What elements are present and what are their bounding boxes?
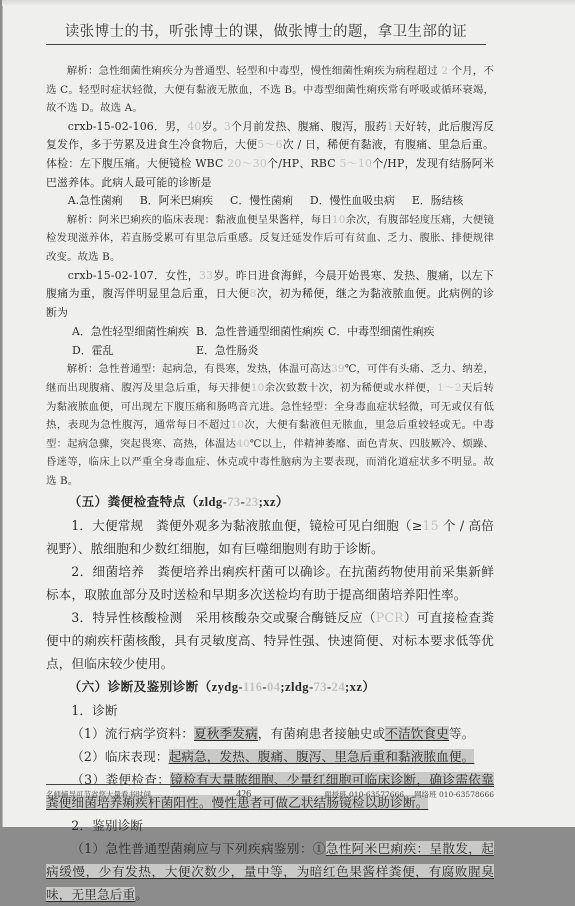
text-run: ;xz: [259, 495, 276, 509]
highlighted-text: 起病急，发热、腹痛、腹泻、里急后重和黏液脓血便。: [169, 749, 475, 764]
answer-option: A．急性轻型细菌性痢疾: [72, 322, 196, 341]
faded-number: 40: [187, 120, 201, 133]
section-5-title: （五）粪便检查特点（zldg-73-23;xz）: [46, 490, 494, 514]
answer-option: B．阿米巴痢疾: [140, 192, 213, 211]
text-run: 解析：急性普通型：起病急，有畏寒，发热，体温可高达: [67, 363, 331, 375]
answer-option: D．慢性血吸虫病: [310, 192, 395, 211]
faded-number: 1～2: [437, 382, 462, 394]
section-5-item-3: 3．特异性核酸检测 采用核酸杂交或聚合酶链反应（PCR）可直接检查粪便中的痢疾杆…: [46, 606, 494, 675]
text-run: crxb-15-02-106．男，: [68, 120, 188, 133]
text-run: crxb-15-02-107．女性，: [68, 269, 199, 282]
q107-explanation: 解析：急性普通型：起病急，有畏寒，发热，体温可高达39℃，可伴有头痛、乏力、纳差…: [46, 360, 494, 490]
answer-option: A.急性菌痢: [68, 192, 123, 211]
q106-explanation: 解析：阿米巴痢疾的临床表现：黏液血便呈果酱样，每日10余次，有腹部轻度压痛，大便…: [46, 211, 494, 267]
q107-options: A．急性轻型细菌性痢疾B．急性普通型细菌性痢疾C．中毒型细菌性痢疾D．霍乱E．急…: [46, 322, 494, 360]
text-run: （2）临床表现：: [71, 749, 168, 764]
page-footer: 名师辅导可节省您大量看书时间 426 面授班 010-63577666网络班 0…: [46, 784, 494, 800]
faded-number: 10: [251, 382, 265, 394]
page-body: 解析：急性细菌性痢疾分为普通型、轻型和中毒型，慢性细菌性痢疾为病程超过 2 个月…: [46, 62, 494, 827]
text-run: zydg-: [212, 680, 243, 694]
faded-number: 1: [387, 120, 394, 133]
faded-number: 15: [422, 518, 438, 533]
faded-number: 5～10: [340, 157, 373, 170]
text-run: 个月前发热、腹痛、腹泻，服药: [231, 120, 387, 133]
footer-slogan: 名师辅导可节省您大量看书时间: [46, 789, 151, 800]
faded-number: 116: [243, 680, 262, 694]
diagnosis-heading: 1．诊断: [46, 699, 494, 722]
highlighted-text: 夏秋季发病: [194, 726, 258, 741]
text-run: ，有菌痢患者接触史或: [258, 726, 385, 741]
text-run: 岁。: [202, 120, 224, 133]
faded-number: 3: [224, 120, 231, 133]
text-run: （1）流行病学资料：: [71, 726, 194, 741]
q106-options: A.急性菌痢B．阿米巴痢疾C．慢性菌痢D．慢性血吸虫病E．肠结核: [46, 192, 494, 211]
q105-explanation: 解析：急性细菌性痢疾分为普通型、轻型和中毒型，慢性细菌性痢疾为病程超过 2 个月…: [46, 62, 494, 118]
faded-number: 73: [314, 680, 327, 694]
faded-number: 10: [332, 214, 346, 226]
faded-number: 40: [236, 438, 250, 450]
q107-stem: crxb-15-02-107．女性，33岁。昨日进食海鲜，今晨开始畏寒、发热、腹…: [46, 267, 494, 323]
text-run: 3．特异性核酸检测 采用核酸杂交或聚合酶链反应（: [71, 610, 376, 625]
differential-heading: 2．鉴别诊断: [46, 814, 494, 827]
faded-number: 10: [231, 419, 245, 431]
faded-number: 04: [267, 680, 280, 694]
text-run: 个/HP、RBC: [267, 157, 340, 170]
document-page: 读张博士的书，听张博士的课，做张博士的题，拿卫生部的证 解析：急性细菌性痢疾分为…: [2, 0, 575, 827]
answer-option: E．急性肠炎: [196, 341, 328, 360]
section-6-title: （六）诊断及鉴别诊断（zydg-116-04;zldg-73-24;xz）: [46, 675, 494, 699]
page-header: 读张博士的书，听张博士的课，做张博士的题，拿卫生部的证: [46, 20, 486, 45]
faded-number: 73: [227, 495, 240, 509]
faded-number: 33: [199, 269, 213, 282]
faded-number: PCR: [376, 610, 404, 625]
text-run: 余次致数十次，初为稀便或水样便，: [264, 382, 437, 394]
phone-inperson: 面授班 010-63577666: [324, 790, 404, 799]
faded-number: 20～30: [227, 157, 267, 170]
q106-stem: crxb-15-02-106．男，40岁。3个月前发热、腹痛、腹泻，服药1天好转…: [46, 118, 494, 192]
answer-option: C．中毒型细菌性痢疾: [328, 322, 458, 341]
text-run: 2．细菌培养 粪便培养出痢疾杆菌可以确诊。在抗菌药物使用前采集新鲜标本，取脓血部…: [46, 564, 494, 602]
section-5-item-2: 2．细菌培养 粪便培养出痢疾杆菌可以确诊。在抗菌药物使用前采集新鲜标本，取脓血部…: [46, 560, 494, 606]
answer-option: B．急性普通型细菌性痢疾: [196, 322, 328, 341]
diagnosis-item-1: （1）流行病学资料：夏秋季发病，有菌痢患者接触史或不洁饮食史等。: [46, 722, 494, 745]
answer-option: C．慢性菌痢: [230, 192, 293, 211]
footer-contacts: 面授班 010-63577666网络班 010-63578666: [314, 789, 494, 800]
diagnosis-item-2: （2）临床表现：起病急，发热、腹痛、腹泻、里急后重和黏液脓血便。: [46, 745, 494, 768]
faded-number: 5～6: [257, 138, 282, 151]
faded-number: 39: [331, 363, 345, 375]
text-run: ;zldg-: [280, 680, 313, 694]
faded-number: 23: [245, 495, 258, 509]
phone-online: 网络班 010-63578666: [414, 790, 494, 799]
text-run: 1．大便常规 粪便外观多为黏液脓血便，镜检可见白细胞（≥: [71, 518, 422, 533]
text-run: 等。: [449, 726, 475, 741]
highlighted-text: 不洁饮食史: [385, 726, 449, 741]
text-run: 解析：阿米巴痢疾的临床表现：黏液血便呈果酱样，每日: [67, 214, 332, 226]
answer-option: D．霍乱: [72, 341, 196, 360]
section-5-item-1: 1．大便常规 粪便外观多为黏液脓血便，镜检可见白细胞（≥15 个 / 高倍视野）…: [46, 514, 494, 560]
faded-number: 8: [250, 287, 257, 300]
section-5: （五）粪便检查特点（zldg-73-23;xz） 1．大便常规 粪便外观多为黏液…: [46, 490, 494, 675]
answer-option: E．肠结核: [412, 192, 464, 211]
faded-number: 24: [332, 680, 345, 694]
text-run: ;xz: [345, 680, 362, 694]
page-number: 426: [236, 789, 251, 800]
text-run: zldg-: [199, 495, 228, 509]
section-6: （六）诊断及鉴别诊断（zydg-116-04;zldg-73-24;xz） 1．…: [46, 675, 494, 827]
